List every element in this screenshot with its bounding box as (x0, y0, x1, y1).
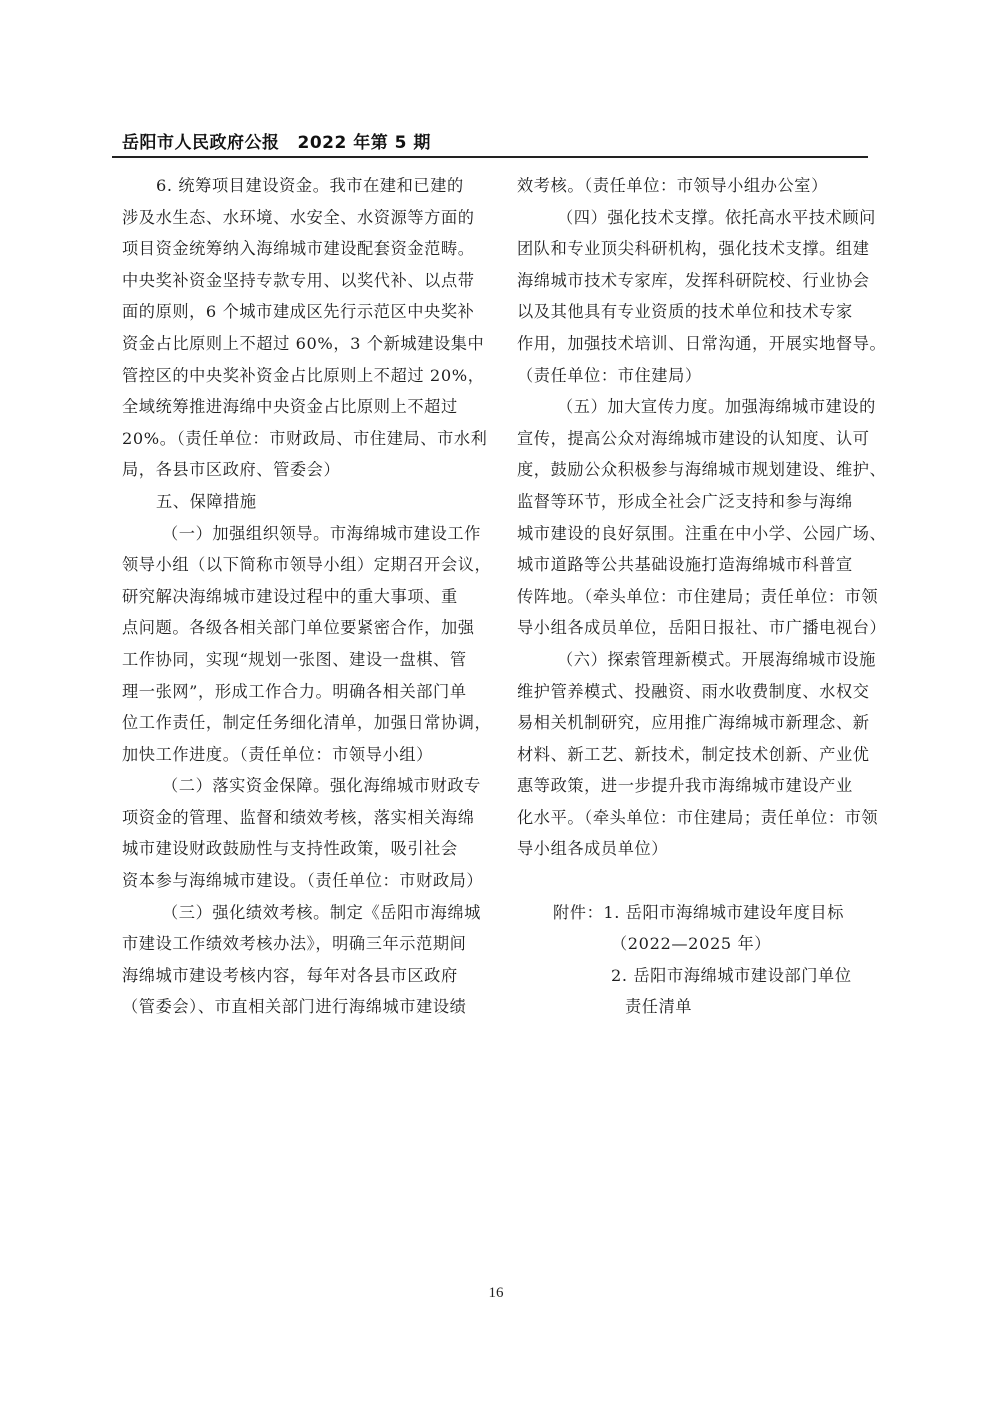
paragraph-line: 城市道路等公共基础设施打造海绵城市科普宣 (517, 549, 885, 581)
paragraph-line: 易相关机制研究，应用推广海绵城市新理念、新 (517, 707, 885, 739)
paragraph-line: 作用，加强技术培训、日常沟通，开展实地督导。 (517, 328, 885, 360)
paragraph-line: （一）加强组织领导。市海绵城市建设工作 (122, 518, 486, 550)
paragraph-line: 监督等环节，形成全社会广泛支持和参与海绵 (517, 486, 885, 518)
paragraph-line: 局，各县市区政府、管委会） (122, 454, 486, 486)
paragraph-line: 导小组各成员单位） (517, 833, 885, 865)
paragraph-line: 惠等政策，进一步提升我市海绵城市建设产业 (517, 770, 885, 802)
paragraph-line: 导小组各成员单位，岳阳日报社、市广播电视台） (517, 612, 885, 644)
paragraph-line: 市建设工作绩效考核办法》，明确三年示范期间 (122, 928, 486, 960)
attachment-line: 责任清单 (517, 991, 885, 1023)
page-number: 16 (0, 1285, 992, 1302)
paragraph-line: 资金占比原则上不超过 60%，3 个新城建设集中 (122, 328, 486, 360)
left-column: 6. 统筹项目建设资金。我市在建和已建的 涉及水生态、水环境、水安全、水资源等方… (122, 170, 486, 1023)
paragraph-line: 研究解决海绵城市建设过程中的重大事项、重 (122, 581, 486, 613)
paragraph-line: 以及其他具有专业资质的技术单位和技术专家 (517, 296, 885, 328)
paragraph-line: 维护管养模式、投融资、雨水收费制度、水权交 (517, 676, 885, 708)
paragraph-line: 理一张网”，形成工作合力。明确各相关部门单 (122, 676, 486, 708)
attachment-line: （2022—2025 年） (517, 928, 885, 960)
attachment-line: 附件：1. 岳阳市海绵城市建设年度目标 (517, 897, 885, 929)
right-column: 效考核。（责任单位：市领导小组办公室） （四）强化技术支撑。依托高水平技术顾问 … (517, 170, 885, 1023)
header-rule (112, 156, 868, 158)
paragraph-line: （六）探索管理新模式。开展海绵城市设施 (517, 644, 885, 676)
paragraph-line: 团队和专业顶尖科研机构，强化技术支撑。组建 (517, 233, 885, 265)
publication-title: 岳阳市人民政府公报 (122, 133, 280, 153)
paragraph-line: 化水平。（牵头单位：市住建局；责任单位：市领 (517, 802, 885, 834)
attachment-line: 2. 岳阳市海绵城市建设部门单位 (517, 960, 885, 992)
paragraph-line: （三）强化绩效考核。制定《岳阳市海绵城 (122, 897, 486, 929)
paragraph-line: 传阵地。（牵头单位：市住建局；责任单位：市领 (517, 581, 885, 613)
paragraph-line: 项资金的管理、监督和绩效考核，落实相关海绵 (122, 802, 486, 834)
paragraph-line: 城市建设的良好氛围。注重在中小学、公园广场、 (517, 518, 885, 550)
paragraph-line: 项目资金统筹纳入海绵城市建设配套资金范畴。 (122, 233, 486, 265)
paragraph-line: 材料、新工艺、新技术，制定技术创新、产业优 (517, 739, 885, 771)
paragraph-line: 度，鼓励公众积极参与海绵城市规划建设、维护、 (517, 454, 885, 486)
paragraph-line: 领导小组（以下简称市领导小组）定期召开会议， (122, 549, 486, 581)
paragraph-line: 全域统筹推进海绵中央资金占比原则上不超过 (122, 391, 486, 423)
paragraph-line: 城市建设财政鼓励性与支持性政策，吸引社会 (122, 833, 486, 865)
paragraph-line: 管控区的中央奖补资金占比原则上不超过 20%， (122, 360, 486, 392)
paragraph-line: 位工作责任，制定任务细化清单，加强日常协调， (122, 707, 486, 739)
paragraph-line: （四）强化技术支撑。依托高水平技术顾问 (517, 202, 885, 234)
paragraph-line: （二）落实资金保障。强化海绵城市财政专 (122, 770, 486, 802)
paragraph-line: 中央奖补资金坚持专款专用、以奖代补、以点带 (122, 265, 486, 297)
paragraph-line: 海绵城市技术专家库，发挥科研院校、行业协会 (517, 265, 885, 297)
issue-number: 2022 年第 5 期 (298, 133, 431, 153)
paragraph-line: 加快工作进度。（责任单位：市领导小组） (122, 739, 486, 771)
paragraph-line: 效考核。（责任单位：市领导小组办公室） (517, 170, 885, 202)
paragraph-line: 涉及水生态、水环境、水安全、水资源等方面的 (122, 202, 486, 234)
spacer (517, 865, 885, 897)
paragraph-line: （五）加大宣传力度。加强海绵城市建设的 (517, 391, 885, 423)
paragraph-line: 点问题。各级各相关部门单位要紧密合作，加强 (122, 612, 486, 644)
paragraph-line: 6. 统筹项目建设资金。我市在建和已建的 (122, 170, 486, 202)
paragraph-line: （责任单位：市住建局） (517, 360, 885, 392)
section-heading: 五、保障措施 (122, 486, 486, 518)
paragraph-line: （管委会）、市直相关部门进行海绵城市建设绩 (122, 991, 486, 1023)
paragraph-line: 20%。（责任单位：市财政局、市住建局、市水利 (122, 423, 486, 455)
paragraph-line: 资本参与海绵城市建设。（责任单位：市财政局） (122, 865, 486, 897)
page-header: 岳阳市人民政府公报2022 年第 5 期 (122, 128, 431, 153)
paragraph-line: 宣传，提高公众对海绵城市建设的认知度、认可 (517, 423, 885, 455)
paragraph-line: 海绵城市建设考核内容，每年对各县市区政府 (122, 960, 486, 992)
paragraph-line: 工作协同，实现“规划一张图、建设一盘棋、管 (122, 644, 486, 676)
paragraph-line: 面的原则，6 个城市建成区先行示范区中央奖补 (122, 296, 486, 328)
